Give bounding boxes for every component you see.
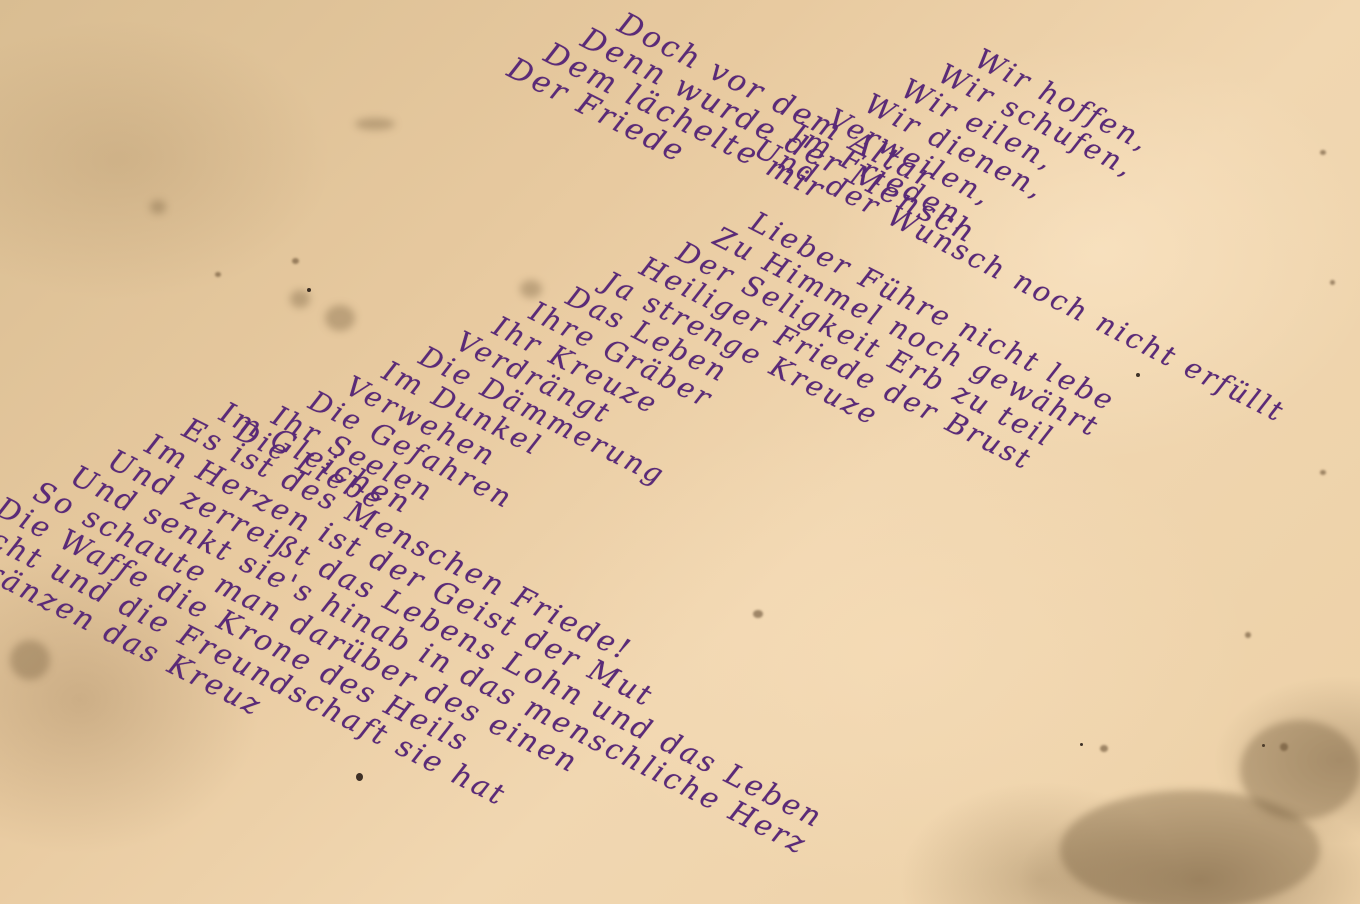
water-stain (1240, 720, 1360, 820)
stain (1100, 745, 1108, 752)
stain (10, 640, 50, 680)
stain (1330, 280, 1335, 285)
stain (753, 610, 763, 618)
stain (1320, 150, 1326, 155)
stain (325, 305, 355, 331)
stain (150, 200, 166, 214)
stain (290, 290, 310, 308)
stain (1320, 470, 1326, 475)
stain (215, 272, 221, 277)
ink-dot (307, 288, 311, 292)
ink-dot (1136, 373, 1140, 377)
stain (355, 118, 395, 130)
ink-dot (1080, 743, 1083, 746)
stain (1245, 632, 1251, 638)
stain (292, 258, 299, 264)
ink-dot (356, 773, 363, 781)
